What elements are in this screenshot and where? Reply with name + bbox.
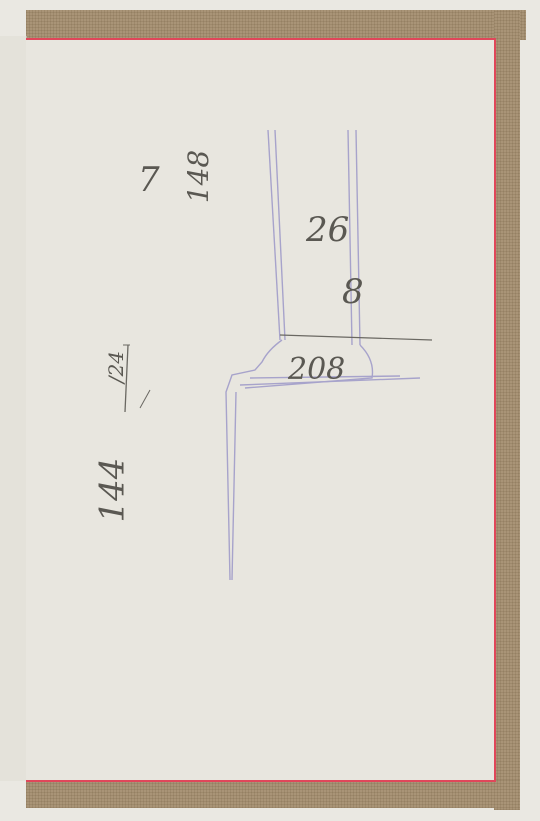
annotation-8: 8 (342, 272, 364, 312)
annotation-148: 148 (182, 150, 215, 203)
annotation-7: 7 (138, 160, 160, 200)
annotation-208: 208 (288, 352, 345, 387)
annotation-144: 144 (92, 458, 132, 523)
annotation-fraction-24: /24 (104, 351, 128, 383)
annotation-26: 26 (306, 210, 349, 250)
pencil-sketch (0, 0, 540, 821)
